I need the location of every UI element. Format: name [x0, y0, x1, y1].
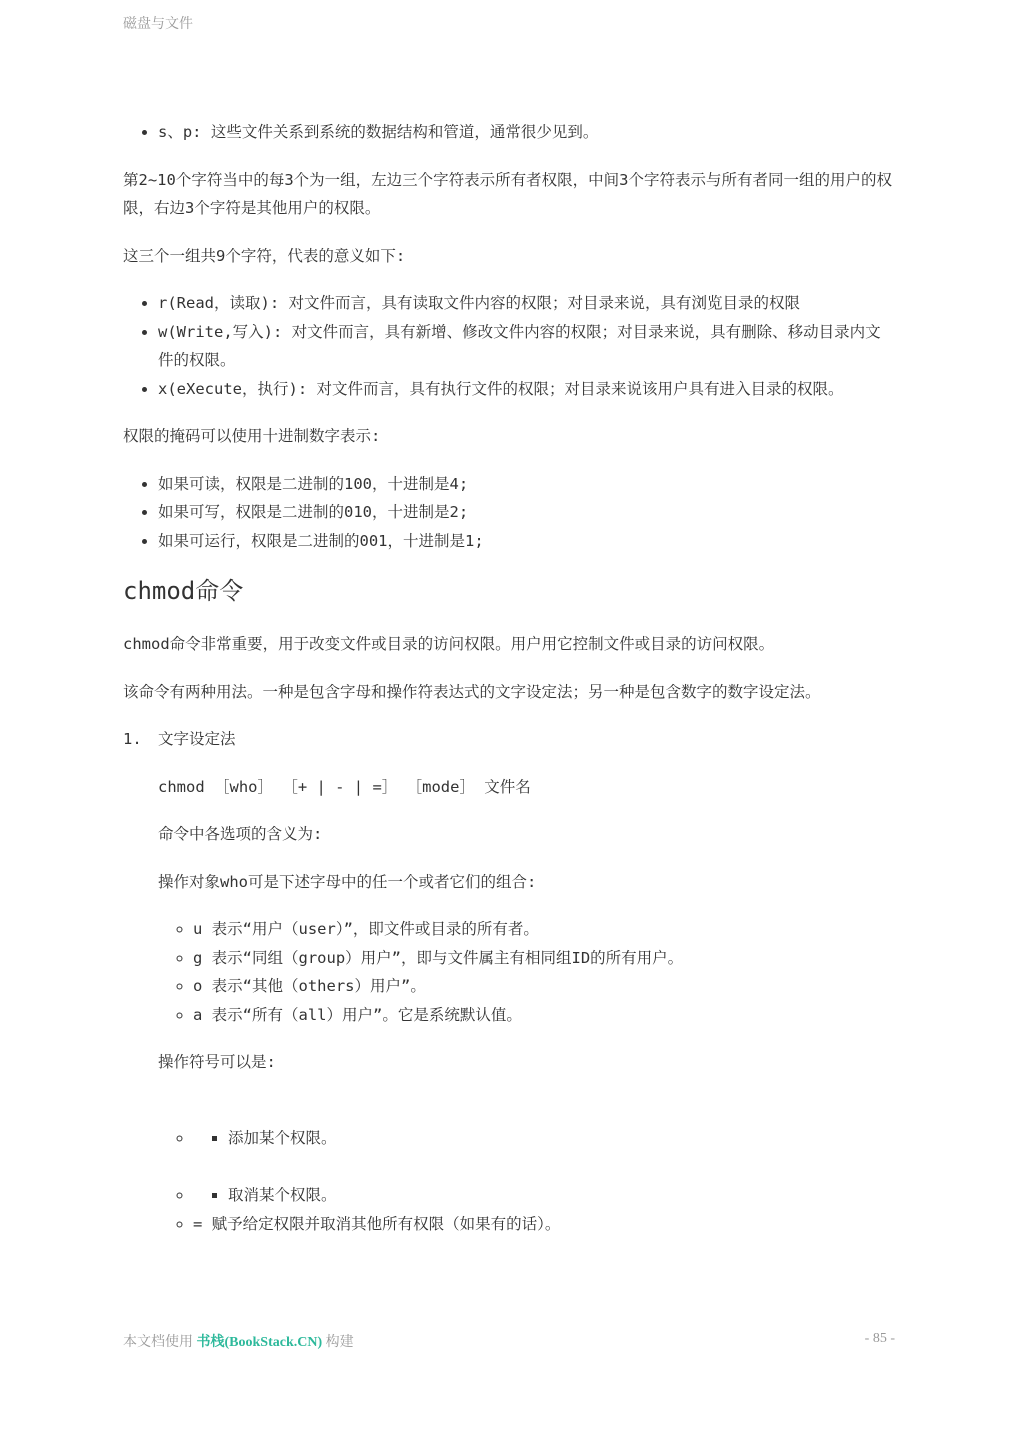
file-type-list: s、p: 这些文件关系到系统的数据结构和管道，通常很少见到。: [123, 118, 893, 147]
footer-prefix: 本文档使用: [123, 1335, 193, 1350]
operator-list: 添加某个权限。 取消某个权限。 = 赋予给定权限并取消其他所有权限（如果有的话）…: [158, 1096, 893, 1239]
options-intro: 命令中各选项的含义为:: [158, 820, 893, 849]
list-item: g 表示“同组（group）用户”，即与文件属主有相同组ID的所有用户。: [193, 944, 893, 973]
list-item: 取消某个权限。: [228, 1181, 893, 1210]
operator-intro: 操作符号可以是:: [158, 1048, 893, 1077]
list-item: 如果可运行，权限是二进制的001，十进制是1;: [158, 527, 893, 556]
running-header: 磁盘与文件: [123, 13, 193, 33]
list-item: u 表示“用户（user）”，即文件或目录的所有者。: [193, 915, 893, 944]
list-item: x(eXecute，执行): 对文件而言，具有执行文件的权限；对目录来说该用户具…: [158, 375, 893, 404]
method-list: 1. 文字设定法 chmod ［who］ ［+ | - | =］ ［mode］ …: [123, 725, 893, 1238]
list-item: w(Write,写入): 对文件而言，具有新增、修改文件内容的权限；对目录来说，…: [158, 318, 893, 375]
mask-list: 如果可读，权限是二进制的100，十进制是4; 如果可写，权限是二进制的010，十…: [123, 470, 893, 556]
paragraph-mask: 权限的掩码可以使用十进制数字表示:: [123, 422, 893, 451]
list-item-plus: 添加某个权限。: [193, 1096, 893, 1153]
list-item: a 表示“所有（all）用户”。它是系统默认值。: [193, 1001, 893, 1030]
paragraph-chmod: chmod命令非常重要，用于改变文件或目录的访问权限。用户用它控制文件或目录的访…: [123, 630, 893, 659]
who-intro: 操作对象who可是下述字母中的任一个或者它们的组合:: [158, 868, 893, 897]
ordered-item: 1. 文字设定法 chmod ［who］ ［+ | - | =］ ［mode］ …: [123, 725, 893, 1238]
list-item-assign: = 赋予给定权限并取消其他所有权限（如果有的话）。: [193, 1210, 893, 1239]
paragraph-nine-chars: 这三个一组共9个字符，代表的意义如下:: [123, 242, 893, 271]
list-item: r(Read，读取): 对文件而言，具有读取文件内容的权限；对目录来说，具有浏览…: [158, 289, 893, 318]
method-title: 文字设定法: [158, 725, 893, 754]
section-heading: chmod命令: [123, 574, 893, 608]
document-body: s、p: 这些文件关系到系统的数据结构和管道，通常很少见到。 第2~10个字符当…: [123, 118, 893, 1257]
page-footer: 本文档使用 书栈(BookStack.CN) 构建 - 85 -: [123, 1331, 895, 1351]
list-item: 添加某个权限。: [228, 1124, 893, 1153]
bookstack-link[interactable]: 书栈(BookStack.CN): [197, 1335, 323, 1350]
paragraph-usage: 该命令有两种用法。一种是包含字母和操作符表达式的文字设定法；另一种是包含数字的数…: [123, 678, 893, 707]
item-number: 1.: [123, 725, 142, 754]
permission-list: r(Read，读取): 对文件而言，具有读取文件内容的权限；对目录来说，具有浏览…: [123, 289, 893, 403]
list-item-minus: 取消某个权限。: [193, 1153, 893, 1210]
footer-suffix: 构建: [326, 1335, 354, 1350]
who-list: u 表示“用户（user）”，即文件或目录的所有者。 g 表示“同组（group…: [158, 915, 893, 1029]
syntax-line: chmod ［who］ ［+ | - | =］ ［mode］ 文件名: [158, 773, 893, 802]
page-number: - 85 -: [865, 1331, 895, 1347]
list-item: s、p: 这些文件关系到系统的数据结构和管道，通常很少见到。: [158, 118, 893, 147]
paragraph-groups: 第2~10个字符当中的每3个为一组，左边三个字符表示所有者权限，中间3个字符表示…: [123, 166, 893, 223]
list-item: 如果可读，权限是二进制的100，十进制是4;: [158, 470, 893, 499]
list-item: o 表示“其他（others）用户”。: [193, 972, 893, 1001]
list-item: 如果可写，权限是二进制的010，十进制是2;: [158, 498, 893, 527]
